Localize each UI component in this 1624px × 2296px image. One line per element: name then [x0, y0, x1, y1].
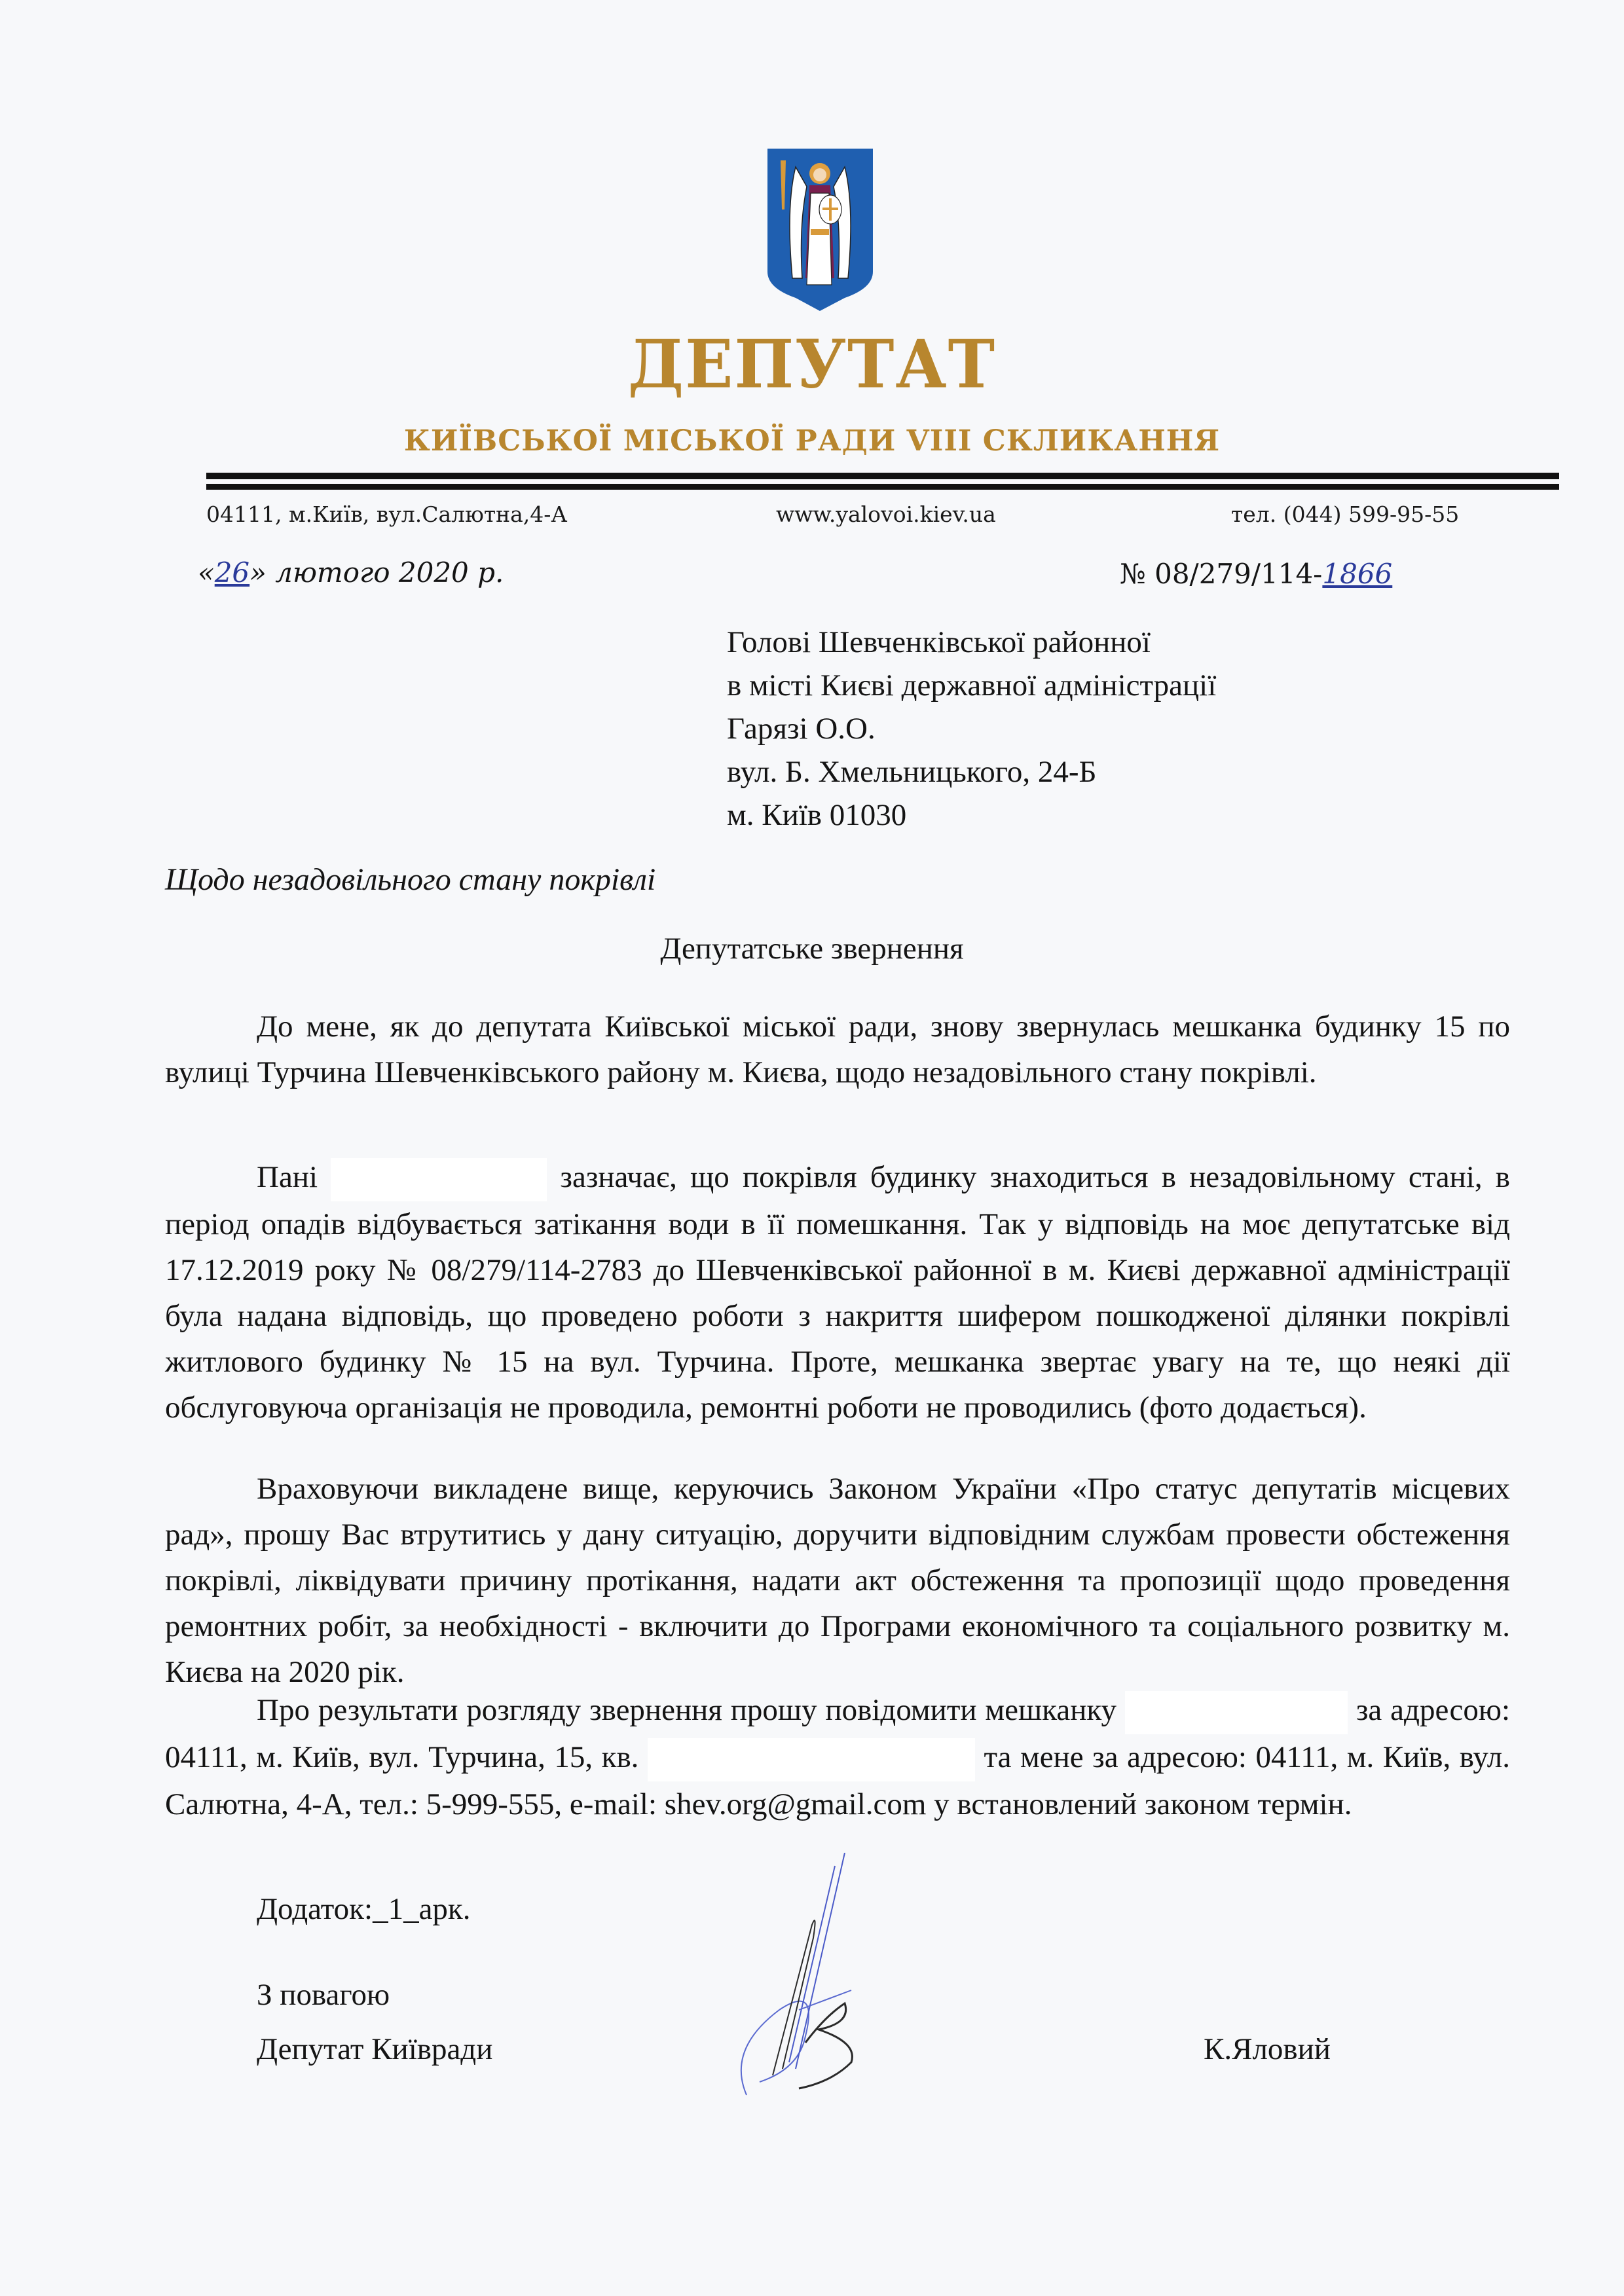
body-paragraph-1: До мене, як до депутата Київської місько… [165, 1004, 1510, 1095]
reg-number-handwritten: 1866 [1322, 558, 1392, 590]
letter-date: «26» лютого 2020 р. [198, 556, 504, 589]
redacted-name [331, 1158, 547, 1201]
body-paragraph-3: Враховуючи викладене вище, керуючись Зак… [165, 1466, 1510, 1695]
closing-regards: З повагою [257, 1977, 390, 2013]
registration-number: № 08/279/114-1866 [1120, 558, 1392, 590]
paragraph-text: До мене, як до депутата Київської місько… [165, 1004, 1510, 1095]
appendix-note: Додаток:_1_арк. [257, 1891, 471, 1927]
date-day-handwritten: 26 [215, 556, 249, 589]
reg-prefix: № 08/279/114- [1120, 558, 1322, 590]
letterhead-rule-bottom [206, 484, 1559, 490]
body-paragraph-2: Пані зазначає, що покрівля будинку знахо… [165, 1154, 1510, 1430]
addressee-line: м. Київ 01030 [727, 793, 1216, 837]
paragraph-fragment: Про результати розгляду звернення прошу … [257, 1693, 1116, 1727]
paragraph-text: Про результати розгляду звернення прошу … [165, 1687, 1510, 1827]
redacted-name [1125, 1691, 1348, 1734]
date-open-quote: « [198, 556, 215, 589]
paragraph-text: Пані зазначає, що покрівля будинку знахо… [165, 1154, 1510, 1430]
letterhead-phone: тел. (044) 599-95-55 [1231, 501, 1459, 527]
addressee-line: Гарязі О.О. [727, 707, 1216, 750]
letterhead-website: www.yalovoi.kiev.ua [776, 501, 996, 527]
date-rest: » лютого 2020 р. [249, 556, 504, 589]
signer-name: К.Яловий [1204, 2032, 1331, 2067]
addressee-line: вул. Б. Хмельницького, 24-Б [727, 750, 1216, 793]
handwritten-signature [648, 1853, 923, 2102]
body-paragraph-4: Про результати розгляду звернення прошу … [165, 1687, 1510, 1827]
letterhead-address: 04111, м.Київ, вул.Салютна,4-А [206, 501, 567, 527]
signer-role: Депутат Київради [257, 2032, 492, 2067]
addressee-line: Голові Шевченківської районної [727, 621, 1216, 664]
document-title: Депутатське звернення [0, 931, 1624, 966]
paragraph-text: Враховуючи викладене вище, керуючись Зак… [165, 1466, 1510, 1695]
letterhead-title: ДЕПУТАТ [0, 325, 1624, 403]
addressee-block: Голові Шевченківської районної в місті К… [727, 621, 1216, 837]
addressee-line: в місті Києві державної адміністрації [727, 664, 1216, 707]
letterhead-subtitle: КИЇВСЬКОЇ МІСЬКОЇ РАДИ VIII СКЛИКАННЯ [0, 424, 1624, 458]
redacted-apartment [648, 1738, 975, 1781]
letterhead-rule-top [206, 473, 1559, 479]
kyiv-coat-of-arms-emblem [766, 147, 874, 312]
paragraph-fragment: Пані [257, 1160, 318, 1194]
letter-subject: Щодо незадовільного стану покрівлі [165, 862, 655, 898]
